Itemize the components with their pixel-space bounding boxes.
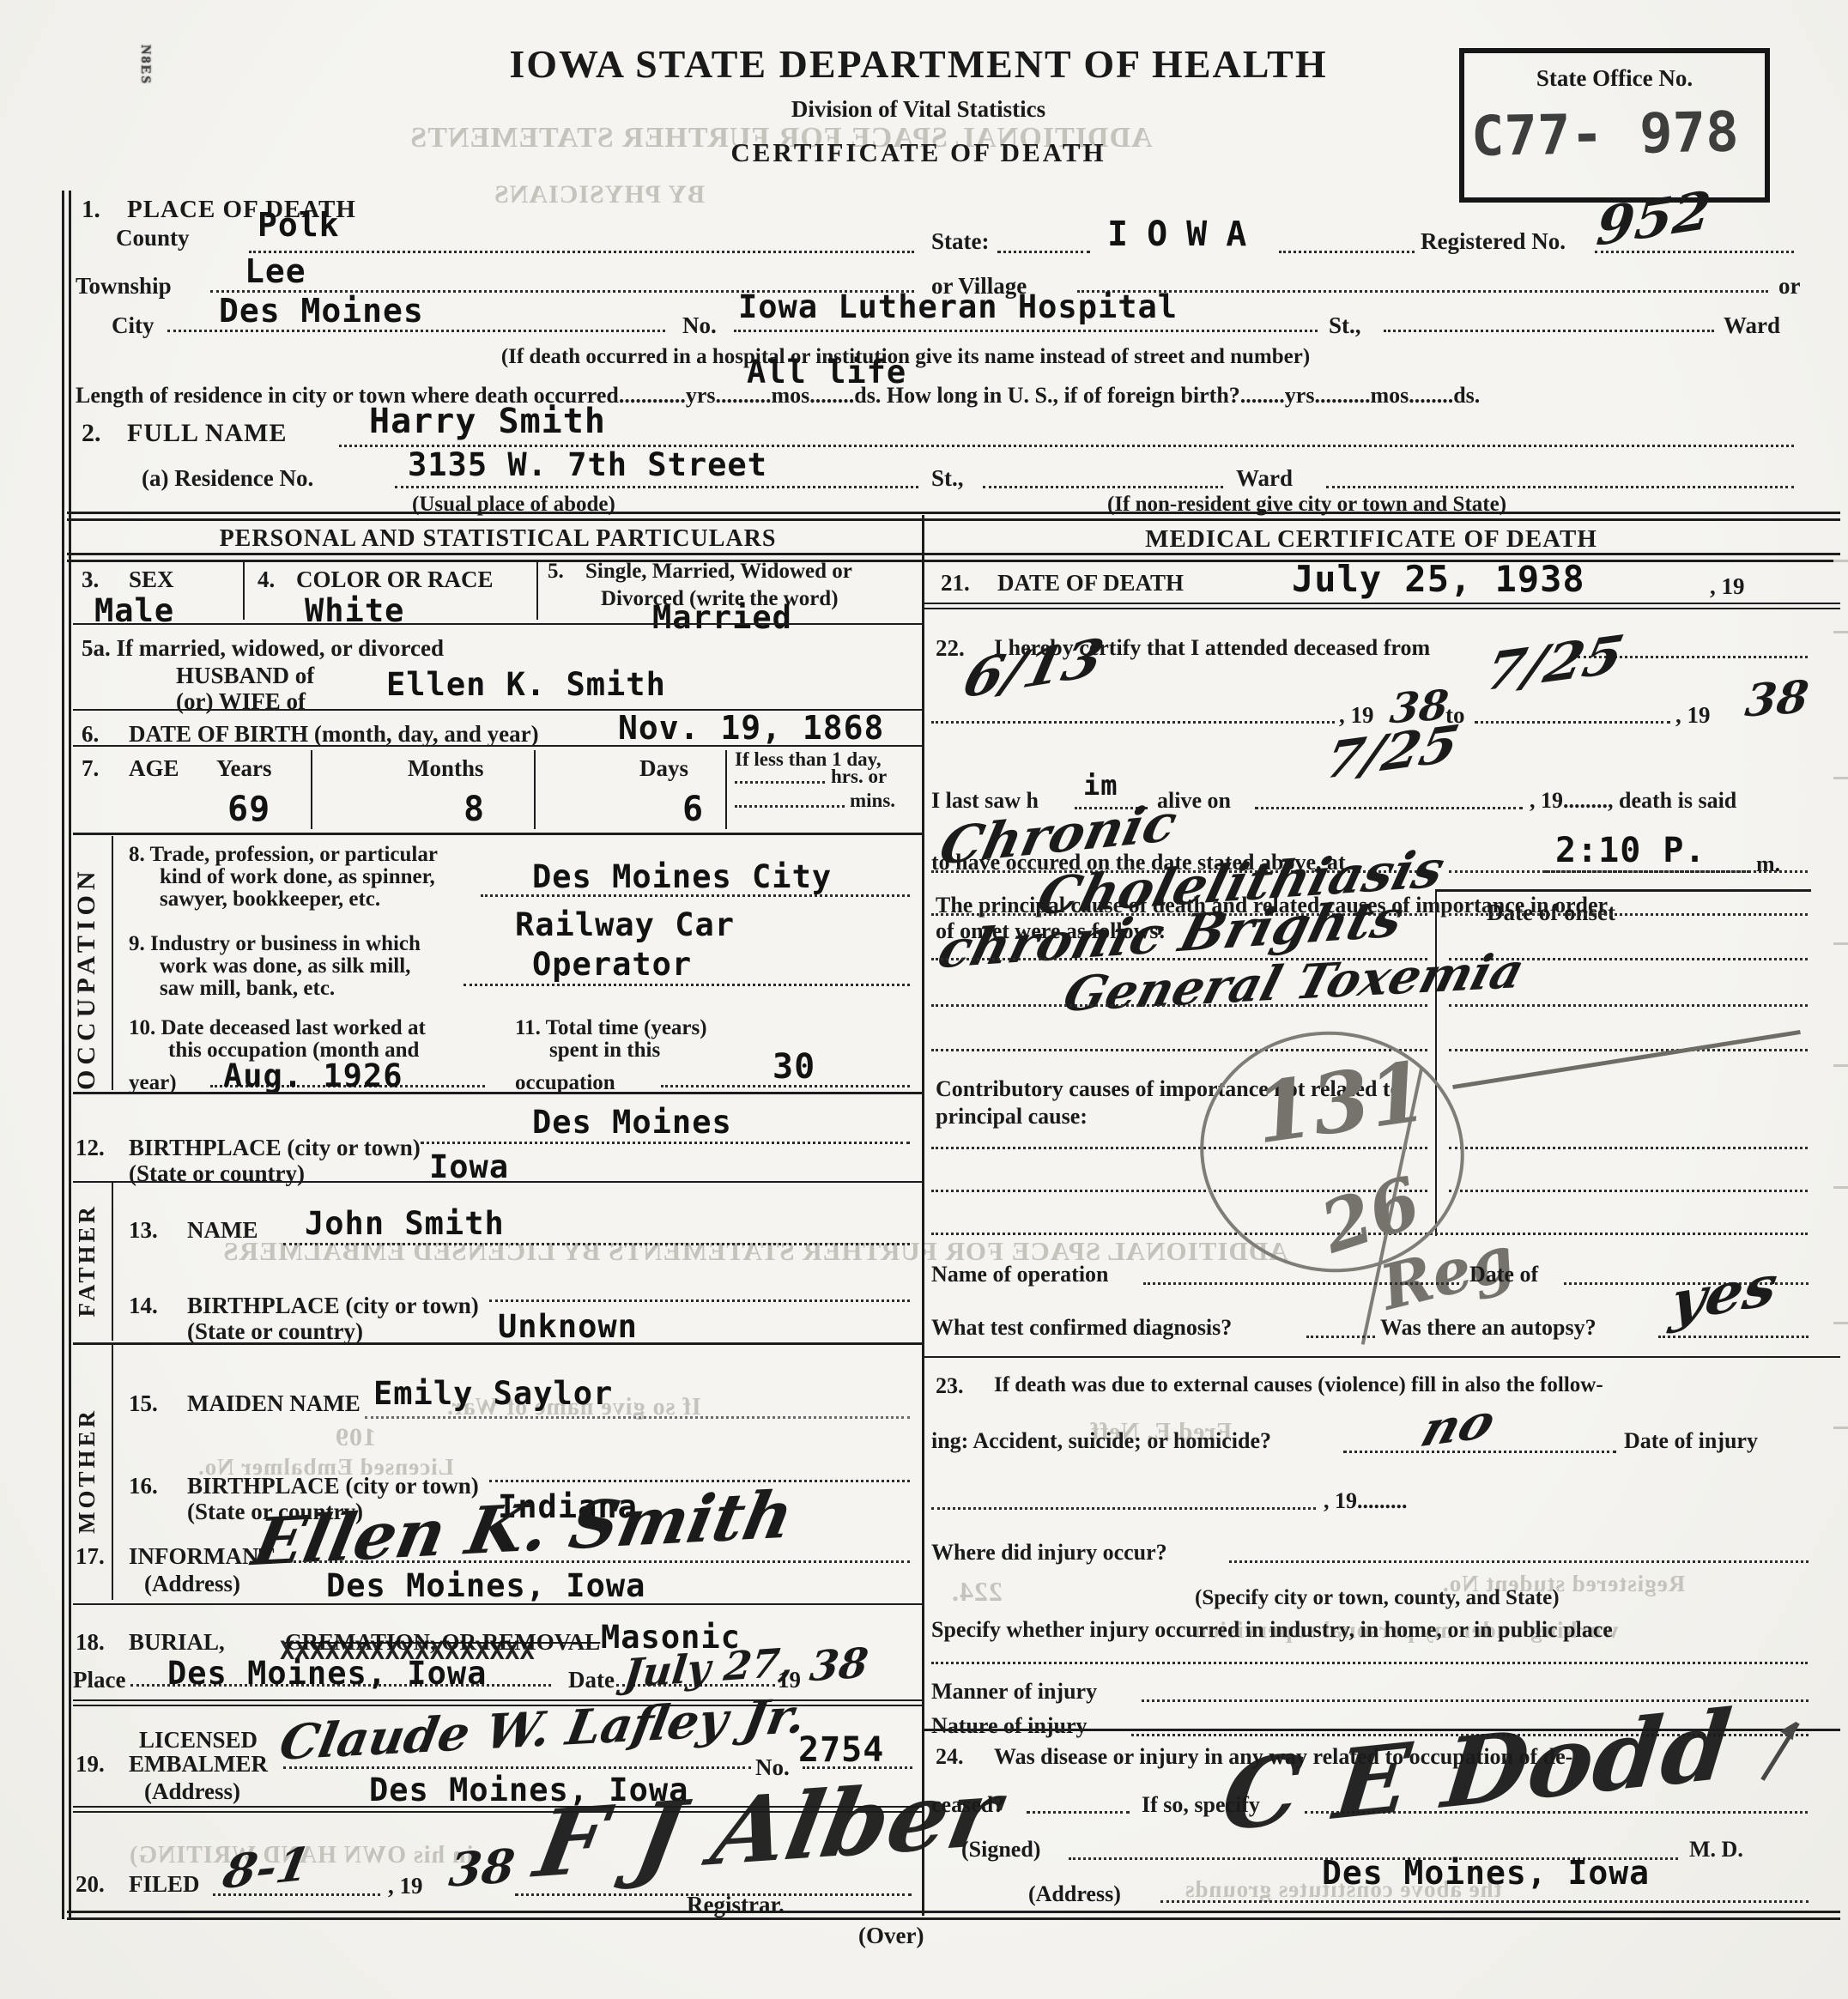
birthplace-state-value: Iowa [429,1148,509,1185]
marital-label-1: Single, Married, Widowed or [585,560,852,584]
mother-bp-number: 16. [129,1473,158,1499]
birthplace-city-value: Des Moines [532,1104,732,1141]
row-rule [73,1181,923,1183]
state-label: State: [931,228,989,255]
dob-label: DATE OF BIRTH (month, day, and year) [129,721,539,748]
dotted-line [1449,1147,1808,1149]
months-label: Months [408,755,484,782]
edge-mark [1833,631,1848,633]
marital-number: 5. [548,560,564,584]
birthplace-label: BIRTHPLACE (city or town) [129,1135,421,1161]
last-saw-im: im [1083,769,1118,802]
burial-number: 18. [76,1629,105,1656]
cell-divider [311,750,312,829]
dotted-line [283,1243,910,1245]
registered-label: Registered No. [1421,228,1566,255]
external-causes-label-2: ing: Accident, suicide; or homicide? [931,1428,1271,1454]
pencil-slash-mark [1452,1030,1801,1089]
dotted-line [1077,290,1768,293]
dotted-line [1343,1451,1616,1453]
edge-mark [1833,1186,1848,1189]
spouse-value: Ellen K. Smith [386,666,666,703]
dotted-line [213,1893,380,1896]
pencil-check-arrowhead [1780,1717,1803,1741]
occ11-label-2: spent in this [549,1039,660,1063]
dotted-line [1449,1049,1808,1051]
occupation-related-label-2: ceased? [931,1792,1004,1818]
row-rule [73,623,923,625]
signed-label: (Signed) [961,1837,1040,1863]
dotted-line [1658,1336,1809,1338]
dotted-line [1279,251,1415,253]
marital-value: Married [652,599,792,636]
attended-from-value: 6/13 [958,626,1110,710]
bottom-divider [67,1911,1840,1920]
dod-label: DATE OF DEATH [997,570,1184,597]
section2-number: 2. [82,419,101,448]
test-label: What test confirmed diagnosis? [931,1315,1232,1341]
operation-label: Name of operation [931,1262,1109,1287]
state-value: IOWA [1107,215,1265,254]
md-label: M. D. [1689,1837,1743,1863]
dotted-line [1255,807,1523,809]
from-19-label: , 19 [1339,702,1374,729]
death-time-value: 2:10 P. [1555,831,1706,870]
autopsy-label: Was there an autopsy? [1380,1315,1597,1341]
total-time-value: 30 [773,1047,815,1087]
nature-label: Nature of injury [931,1713,1088,1739]
abode-note: (Usual place of abode) [412,493,615,517]
dotted-line [1449,1190,1808,1192]
filed-number: 20. [76,1871,105,1898]
filed-19-label: , 19 [388,1873,423,1899]
informant-address-value: Des Moines, Iowa [326,1567,645,1604]
full-name-value: Harry Smith [369,402,606,441]
attended-to-value: 7/25 [1480,623,1629,703]
hrs-label: hrs. or [831,766,887,788]
filed-date-value: 8-1 [219,1836,315,1899]
occupation-related-number: 24. [936,1744,964,1770]
father-vertical-label: FATHER [74,1203,100,1318]
occ11-label-1: 11. Total time (years) [515,1016,707,1040]
dotted-line [931,1004,1427,1007]
last-worked-value: Aug. 1926 [223,1057,403,1094]
row-rule [924,1356,1840,1358]
dotted-line [997,251,1090,253]
township-value: Lee [245,252,306,290]
m-label: m. [1756,851,1780,877]
certify-number: 22. [936,635,965,662]
edge-mark [1833,1064,1848,1067]
occupation-value-2: Railway Car [515,906,735,943]
or-label: or [1778,273,1800,300]
informant-number: 17. [76,1543,105,1570]
burial-year-value: 38 [808,1639,870,1692]
street-label: St., [1329,312,1361,339]
external-causes-label-1: If death was due to external causes (vio… [994,1373,1603,1397]
bleedthrough-text: BY PHYSICIANS [494,180,705,209]
physician-signature: C E Dodd [1217,1689,1736,1853]
birthplace-sub-label: (State or country) [129,1160,305,1187]
mother-name-value: Emily Saylor [373,1375,613,1412]
embalmer-licensed-label: LICENSED [139,1727,258,1754]
to-19-label: , 19 [1675,702,1711,729]
dotted-line [1384,330,1714,332]
filed-year-value: 38 [446,1838,518,1897]
dotted-line [1160,1900,1809,1903]
edge-mark [1833,942,1848,945]
no-label: No. [682,312,717,339]
father-bp-sub-label: (State or country) [187,1318,363,1345]
father-name-number: 13. [129,1217,158,1244]
age-number: 7. [82,755,99,782]
mother-name-number: 15. [129,1390,158,1417]
burial-date-label: Date [568,1667,615,1693]
cell-divider [725,750,727,829]
occ8-label-2: kind of work done, as spinner, [160,865,435,889]
edge-mark [1833,1427,1848,1429]
mother-vertical-label: MOTHER [74,1408,100,1534]
dod-value: July 25, 1938 [1292,558,1585,600]
residence-label: (a) Residence No. [142,465,313,492]
nonresident-note: (If non-resident give city or town and S… [1107,493,1506,517]
residence-st-label: St., [931,465,964,492]
dotted-line [1229,1560,1809,1563]
state-office-box: State Office No. C77-978 [1459,48,1770,203]
corner-stamp: N8ES [137,45,153,85]
cell-divider [536,560,538,620]
dotted-line [1449,1004,1808,1007]
age-days-value: 6 [682,790,704,829]
birthplace-number: 12. [76,1135,105,1161]
row-divider [924,603,1840,609]
dob-value: Nov. 19, 1868 [618,709,884,747]
dotted-line [283,1766,751,1769]
dotted-line [481,894,910,897]
external-causes-number: 23. [936,1373,964,1399]
father-name-label: NAME [187,1217,258,1244]
date-of-injury-label: Date of injury [1624,1428,1758,1454]
row-rule [73,833,923,835]
left-border-inner [69,191,71,1919]
bleedthrough-text: 224. [951,1576,1003,1608]
dod-19-label: , 19 [1710,573,1745,600]
ward-label: Ward [1724,312,1780,339]
dotted-line [1326,486,1794,488]
days-label: Days [639,755,688,782]
father-bp-label: BIRTHPLACE (city or town) [187,1293,479,1319]
informant-address-label: (Address) [144,1571,240,1597]
sex-number: 3. [82,566,99,593]
mins-label: mins. [850,790,895,812]
s5a-label-1: 5a. If married, widowed, or divorced [82,635,444,662]
burial-label: BURIAL, [129,1629,225,1656]
dotted-line [395,486,918,488]
dotted-line [1143,1282,1459,1285]
occ8-label-1: 8. Trade, profession, or particular [129,843,438,867]
filed-label: FILED [129,1871,200,1898]
dotted-line [167,330,665,332]
city-value: Des Moines [219,292,424,330]
to-year-value: 38 [1742,671,1811,728]
dotted-line [1449,870,1808,873]
burial-place-label: Place [73,1667,125,1693]
s5a-label-3: (or) WIFE of [176,688,306,715]
age-label: AGE [129,755,179,782]
cell-divider [112,1344,113,1600]
dotted-line [735,805,845,808]
occupation-vertical-label: OCCUPATION [72,841,101,1090]
dotted-line [734,330,1318,332]
dotted-line [931,1507,1316,1510]
dotted-line [249,251,914,253]
dotted-line [931,1662,1808,1664]
section1-number: 1. [82,196,100,224]
dotted-line [1449,913,1808,916]
race-number: 4. [258,566,275,593]
cell-divider [534,750,536,829]
dotted-line [489,1299,910,1302]
occupation-value-1: Des Moines City [532,858,832,895]
embalmer-no-value: 2754 [798,1730,884,1770]
section2-title: FULL NAME [127,419,288,448]
embalmer-address-label: (Address) [144,1778,240,1805]
s5a-label-2: HUSBAND of [176,663,314,689]
residence-ward-label: Ward [1236,465,1293,492]
mother-name-label: MAIDEN NAME [187,1390,361,1417]
left-column-header: PERSONAL AND STATISTICAL PARTICULARS [73,525,923,553]
row-rule [73,1603,923,1605]
occ9-label-3: saw mill, bank, etc. [160,977,335,1001]
last-saw-label-3: , 19........, death is said [1530,788,1736,814]
physician-address-value: Des Moines, Iowa [1322,1854,1650,1892]
violence-value: no [1415,1393,1502,1458]
dotted-line [735,781,825,784]
manner-label: Manner of injury [931,1679,1097,1705]
registrar-label: Registrar. [687,1892,785,1918]
county-value: Polk [258,206,340,244]
burial-place-value: Des Moines, Iowa [167,1655,487,1692]
specify-injury-label: Specify whether injury occurred in indus… [931,1617,1613,1643]
state-office-label: State Office No. [1464,65,1765,92]
operation-date-label: Date of [1469,1262,1538,1287]
stamp-right: 978 [1639,100,1739,166]
township-label: Township [76,273,172,300]
autopsy-value: yes [1667,1251,1782,1335]
father-bp-value: Unknown [498,1308,638,1345]
race-label: COLOR OR RACE [296,566,494,593]
age-years-value: 69 [227,790,270,829]
injury-19-label: , 19......... [1324,1488,1408,1514]
dotted-line [1595,251,1794,253]
dob-number: 6. [82,721,99,748]
row-rule [73,1092,923,1094]
residence-value: 3135 W. 7th Street [408,446,767,483]
bleedthrough-text: ADDITIONAL SPACE FOR FURTHER STATEMENTS … [103,1236,1408,1267]
edge-mark [1833,560,1848,562]
top-section-divider [67,512,1840,521]
occ8-label-3: sawyer, bookkeeper, etc. [160,887,380,912]
dotted-line [931,721,1335,724]
county-label: County [116,225,190,251]
right-column-header: MEDICAL CERTIFICATE OF DEATH [931,525,1811,554]
dotted-line [365,1416,910,1419]
edge-mark [1833,777,1848,779]
onset-overline [1435,889,1811,892]
where-injury-label: Where did injury occur? [931,1540,1167,1566]
dotted-line [288,1560,910,1563]
physician-address-label: (Address) [1028,1881,1121,1907]
edge-mark [1833,1322,1848,1324]
cell-divider [112,1183,113,1341]
father-name-value: John Smith [305,1205,505,1242]
cell-divider [112,836,113,1090]
dotted-line [421,1142,910,1144]
years-label: Years [216,755,271,782]
occ9-label-1: 9. Industry or business in which [129,932,421,956]
city-label: City [112,312,155,339]
occ10-label-1: 10. Date deceased last worked at [129,1016,426,1040]
contributory-label-2: principal cause: [936,1104,1088,1130]
dotted-line [983,486,1223,488]
bleedthrough-text: 109 [335,1423,376,1452]
father-bp-number: 14. [129,1293,158,1319]
row-rule [73,745,923,747]
state-office-stamp: C77-978 [1470,100,1758,169]
age-months-value: 8 [464,790,485,829]
institution-value: Iowa Lutheran Hospital [738,288,1178,325]
cell-divider [243,560,245,620]
stamp-left: C77- [1470,103,1603,169]
embalmer-number-label: 19. [76,1751,105,1778]
occupation-value-3: Operator [532,946,692,983]
residence-length-line: Length of residence in city or town wher… [76,383,1480,409]
row-rule [73,1342,923,1345]
death-certificate-page: ADDITIONAL SPACE FOR FURTHER STATEMENTS … [0,0,1848,1999]
dotted-line [1306,1336,1375,1338]
over-label: (Over) [858,1923,924,1949]
where-injury-note: (Specify city or town, county, and State… [1195,1586,1560,1610]
dotted-line [464,984,910,986]
dod-number: 21. [941,570,970,597]
sex-label: SEX [129,566,174,593]
occ9-label-2: work was done, as silk mill, [160,954,410,978]
dotted-line [1475,721,1670,724]
dotted-line [1027,1811,1130,1814]
left-border-outer [62,191,64,1919]
embalmer-label: EMBALMER [129,1751,268,1778]
informant-label: INFORMANT [129,1543,275,1570]
